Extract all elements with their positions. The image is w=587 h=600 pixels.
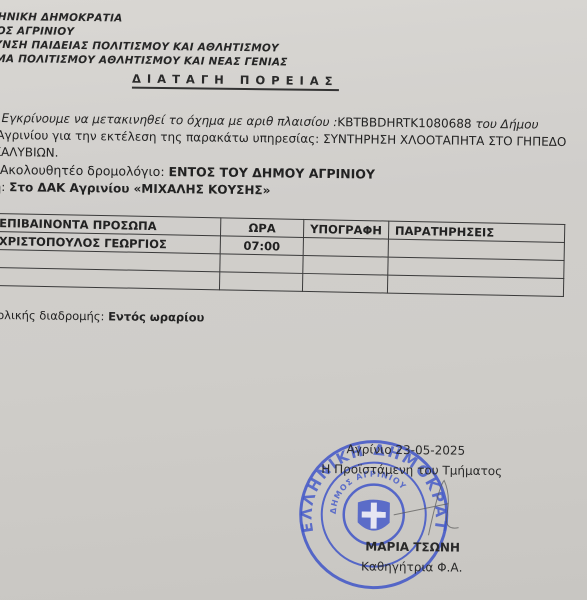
handwritten-signature-icon	[388, 475, 469, 546]
signature-block: ΕΛΛΗΝΙΚΗ ΔΗΜΟΚΡΑΤΙΑ ΔΗΜΟΣ ΑΓΡΙΝΙΟΥ Αγρίν…	[0, 0, 587, 600]
signatory-role: Η Προϊστάμενη του Τμήματος	[321, 462, 502, 478]
signatory-rank: Καθηγήτρια Φ.Α.	[361, 559, 463, 574]
place-date: Αγρίνιο 23-05-2025	[346, 442, 465, 457]
signatory-name: ΜΑΡΙΑ ΤΣΩΝΗ	[365, 540, 460, 555]
document-page: ΗΝΙΚΗ ΔΗΜΟΚΡΑΤΙΑ ΟΣ ΑΓΡΙΝΙΟΥ ΥΝΣΗ ΠΑΙΔΕΙ…	[0, 0, 587, 600]
